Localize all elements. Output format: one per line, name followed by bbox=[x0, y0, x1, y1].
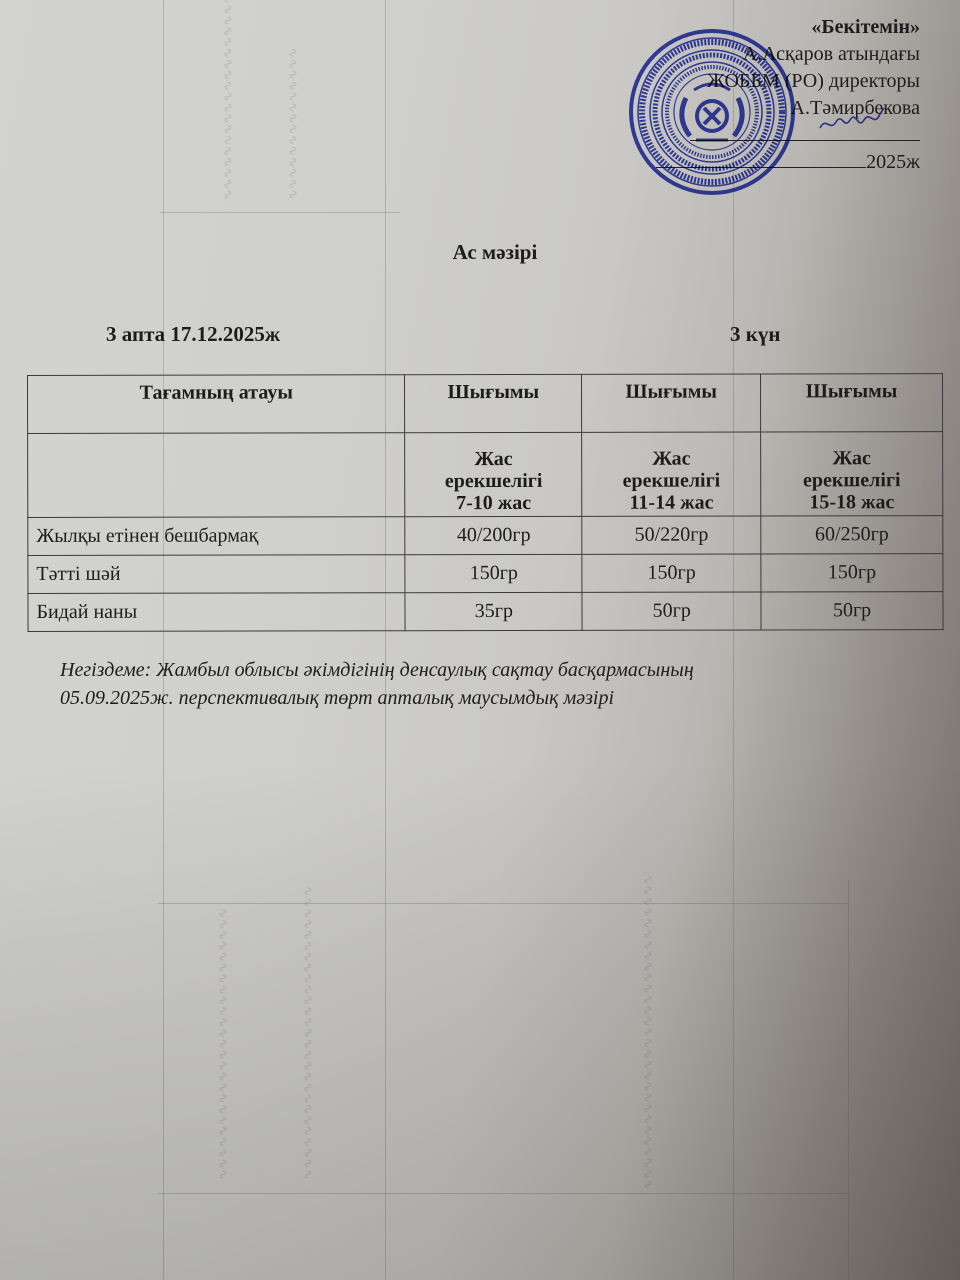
show-through-line bbox=[163, 0, 164, 1280]
show-through-text: ∿∿∿∿∿∿∿∿∿∿∿∿∿∿∿∿∿∿∿∿∿∿∿ bbox=[220, 10, 236, 200]
age-group-cell: Жас ерекшелігі 7-10 жас bbox=[405, 432, 582, 516]
show-through-line bbox=[848, 880, 849, 1280]
dish-name: Бидай наны bbox=[28, 593, 406, 632]
portion-value: 50гр bbox=[761, 592, 943, 630]
table-row: Бидай наны 35гр 50гр 50гр bbox=[28, 592, 943, 632]
age-range: 11-14 жас bbox=[583, 491, 761, 513]
dish-name: Тəтті шəй bbox=[28, 555, 406, 594]
dish-name: Жылқы етінен бешбармақ bbox=[28, 517, 406, 556]
document-title: Ас мəзірі bbox=[0, 240, 960, 265]
portion-value: 150гр bbox=[582, 554, 761, 592]
portion-value: 35гр bbox=[405, 592, 582, 630]
empty-cell bbox=[28, 433, 406, 518]
show-through-text: ∿∿∿∿∿∿∿∿∿∿∿∿∿∿∿∿∿∿∿∿∿∿∿∿∿∿∿ bbox=[300, 940, 316, 1180]
show-through-line bbox=[158, 1193, 848, 1194]
portion-value: 150гр bbox=[405, 554, 582, 592]
column-header-yield: Шығымы bbox=[405, 374, 582, 432]
week-date: 3 апта 17.12.2025ж bbox=[106, 322, 280, 347]
basis-line: 05.09.2025ж. перспективалық төрт апталық… bbox=[60, 684, 860, 712]
show-through-line bbox=[385, 0, 386, 1280]
photo-shadow bbox=[0, 760, 960, 1280]
age-group-cell: Жас ерекшелігі 15-18 жас bbox=[761, 432, 943, 516]
age-label: ерекшелігі bbox=[761, 469, 942, 491]
age-label: Жас bbox=[761, 447, 942, 469]
column-header-dish: Тағамның атауы bbox=[28, 375, 406, 434]
portion-value: 50/220гр bbox=[582, 516, 761, 554]
age-label: Жас bbox=[582, 447, 760, 469]
age-label: ерекшелігі bbox=[582, 469, 760, 491]
show-through-line bbox=[158, 903, 848, 904]
show-through-text: ∿∿∿∿∿∿∿∿∿∿∿∿∿∿∿∿∿∿∿∿∿∿∿∿∿ bbox=[215, 960, 231, 1180]
column-header-yield: Шығымы bbox=[761, 374, 943, 432]
age-label: Жас bbox=[406, 448, 582, 470]
table-row: Тəтті шəй 150гр 150гр 150гр bbox=[28, 554, 943, 594]
age-group-row: Жас ерекшелігі 7-10 жас Жас ерекшелігі 1… bbox=[28, 432, 943, 518]
portion-value: 50гр bbox=[582, 592, 761, 630]
show-through-line bbox=[160, 212, 400, 213]
age-range: 15-18 жас bbox=[761, 491, 942, 513]
basis-line: Негіздеме: Жамбыл облысы əкімдігінің ден… bbox=[60, 656, 860, 684]
table-header-row: Тағамның атауы Шығымы Шығымы Шығымы bbox=[28, 374, 943, 434]
signature-icon bbox=[818, 106, 888, 136]
show-through-text: ∿∿∿∿∿∿∿∿∿∿∿∿∿∿ bbox=[285, 80, 301, 200]
age-group-cell: Жас ерекшелігі 11-14 жас bbox=[582, 432, 761, 516]
column-header-yield: Шығымы bbox=[582, 374, 761, 432]
portion-value: 40/200гр bbox=[405, 516, 582, 554]
table-row: Жылқы етінен бешбармақ 40/200гр 50/220гр… bbox=[28, 516, 943, 556]
day-number: 3 күн bbox=[730, 322, 780, 347]
portion-value: 150гр bbox=[761, 554, 943, 592]
age-range: 7-10 жас bbox=[406, 492, 582, 514]
official-stamp-icon bbox=[628, 28, 796, 196]
portion-value: 60/250гр bbox=[761, 516, 943, 554]
approval-year: 2025ж bbox=[866, 151, 920, 173]
show-through-text: ∿∿∿∿∿∿∿∿∿∿∿∿∿∿∿∿∿∿∿∿∿∿∿∿∿∿∿∿∿ bbox=[640, 930, 656, 1190]
basis-note: Негіздеме: Жамбыл облысы əкімдігінің ден… bbox=[60, 656, 860, 712]
menu-table: Тағамның атауы Шығымы Шығымы Шығымы Жас … bbox=[27, 373, 944, 632]
age-label: ерекшелігі bbox=[406, 470, 582, 492]
